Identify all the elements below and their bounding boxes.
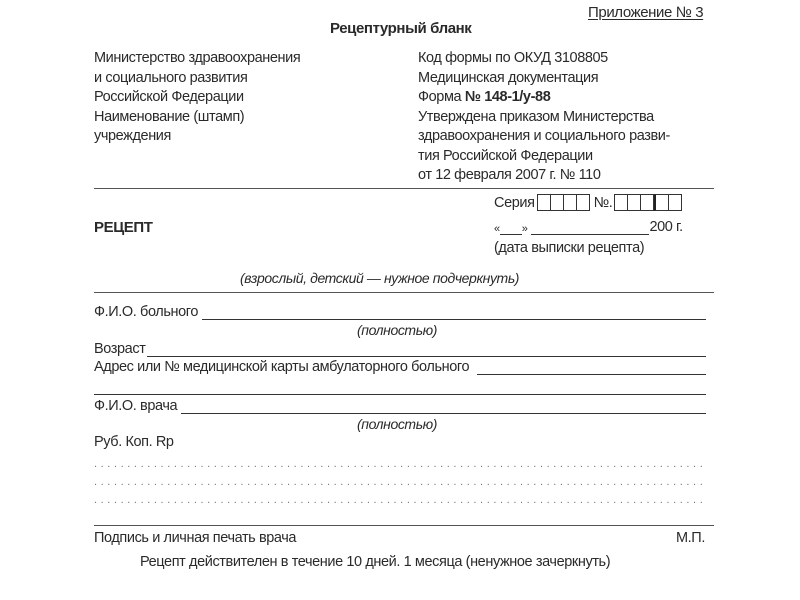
date-row: « » 200 г. (494, 219, 683, 235)
patient-name-note: (полностью) (357, 322, 437, 338)
approval-line: от 12 февраля 2007 г. № 110 (418, 166, 670, 186)
year-suffix: 200 г. (649, 219, 682, 235)
doctor-name-field[interactable] (181, 399, 706, 414)
number-label: №. (594, 195, 613, 211)
doctor-name-note: (полностью) (357, 416, 437, 432)
day-field[interactable] (500, 222, 522, 235)
doc-type: Медицинская документация (418, 69, 670, 89)
ministry-line: Министерство здравоохранения (94, 49, 300, 69)
digit-box[interactable] (628, 194, 641, 211)
quote-close: » (522, 223, 528, 235)
digit-box[interactable] (551, 194, 564, 211)
age-field[interactable] (147, 342, 706, 357)
digit-box[interactable] (654, 194, 669, 211)
stamp-place-label: М.П. (676, 530, 705, 546)
number-input[interactable] (614, 194, 682, 211)
ministry-header: Министерство здравоохранения и социально… (94, 49, 300, 147)
appendix-label: Приложение № 3 (588, 4, 703, 21)
okud-code: Код формы по ОКУД 3108805 (418, 49, 670, 69)
form-number-line: Форма № 148-1/у-88 (418, 88, 670, 108)
patient-name-row: Ф.И.О. больного (94, 304, 706, 320)
prescription-line-3[interactable]: ........................................… (94, 494, 704, 506)
digit-box[interactable] (537, 194, 551, 211)
approval-line: здравоохранения и социального разви- (418, 127, 670, 147)
digit-box[interactable] (564, 194, 577, 211)
digit-box[interactable] (641, 194, 654, 211)
patient-name-label: Ф.И.О. больного (94, 304, 198, 320)
address-field[interactable] (477, 360, 706, 375)
prescription-line-2[interactable]: ........................................… (94, 476, 704, 488)
series-input[interactable] (537, 194, 590, 211)
digit-box[interactable] (669, 194, 682, 211)
divider (94, 292, 714, 293)
stamp-label: Наименование (штамп) (94, 108, 300, 128)
age-row: Возраст (94, 341, 706, 357)
address-row: Адрес или № медицинской карты амбулаторн… (94, 359, 706, 375)
date-caption: (дата выписки рецепта) (494, 240, 644, 256)
form-label: Форма (418, 89, 465, 105)
approval-line: тия Российской Федерации (418, 147, 670, 167)
month-field[interactable] (531, 222, 649, 235)
patient-name-field[interactable] (202, 305, 706, 320)
recipe-label: РЕЦЕПТ (94, 219, 153, 236)
digit-box[interactable] (614, 194, 628, 211)
form-title: Рецептурный бланк (330, 20, 471, 37)
ministry-line: и социального развития (94, 69, 300, 89)
approval-line: Утверждена приказом Министерства (418, 108, 670, 128)
digit-box[interactable] (577, 194, 590, 211)
address-label: Адрес или № медицинской карты амбулаторн… (94, 359, 469, 375)
address-field-continued[interactable] (94, 394, 706, 395)
form-number: № 148-1/у-88 (465, 89, 551, 105)
stamp-label: учреждения (94, 127, 300, 147)
ministry-line: Российской Федерации (94, 88, 300, 108)
divider (94, 525, 714, 526)
series-label: Серия (494, 195, 535, 211)
signature-label: Подпись и личная печать врача (94, 530, 296, 546)
age-label: Возраст (94, 341, 145, 357)
divider (94, 188, 714, 189)
validity-note: Рецепт действителен в течение 10 дней. 1… (140, 554, 610, 570)
form-code-header: Код формы по ОКУД 3108805 Медицинская до… (418, 49, 670, 186)
rp-label: Руб. Коп. Rp (94, 434, 174, 450)
prescription-line-1[interactable]: ........................................… (94, 458, 704, 470)
doctor-name-label: Ф.И.О. врача (94, 398, 177, 414)
age-category-note: (взрослый, детский — нужное подчеркнуть) (240, 270, 519, 286)
series-number-row: Серия №. (494, 194, 686, 211)
doctor-name-row: Ф.И.О. врача (94, 398, 706, 414)
